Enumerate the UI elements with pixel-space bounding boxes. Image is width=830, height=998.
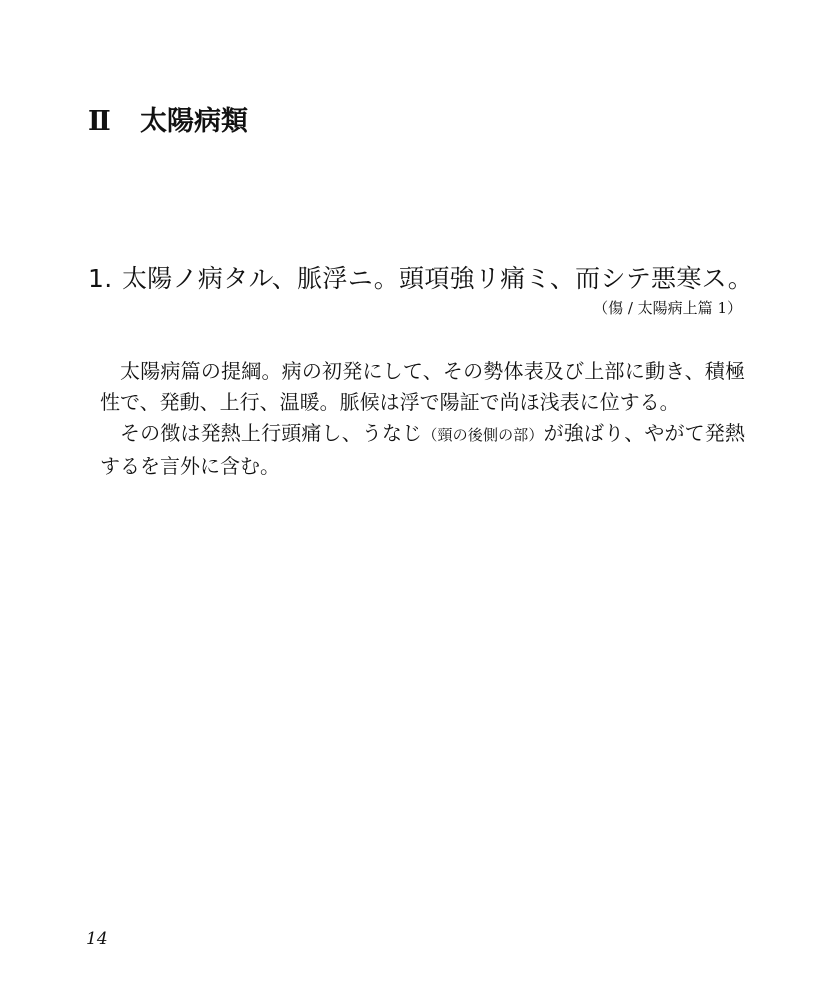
chapter-number: Ⅱ (88, 104, 140, 140)
page-number: 14 (86, 928, 108, 950)
source-reference: （傷 / 太陽病上篇 1） (593, 298, 742, 318)
section-title: 1.太陽ノ病タル、脈浮ニ。頭項強リ痛ミ、而シテ悪寒ス。 (88, 261, 753, 297)
section-title-text: 太陽ノ病タル、脈浮ニ。頭項強リ痛ミ、而シテ悪寒ス。 (122, 264, 753, 293)
chapter-heading: Ⅱ太陽病類 (88, 104, 248, 140)
commentary-body: 太陽病篇の提綱。病の初発にして、その勢体表及び上部に動き、積極性で、発動、上行、… (100, 356, 745, 482)
section-number: 1. (88, 261, 122, 297)
paragraph: その徴は発熱上行頭痛し、うなじ（頸の後側の部）が強ばり、やがて発熱するを言外に含… (100, 418, 745, 482)
inline-note: （頸の後側の部） (422, 426, 543, 444)
paragraph-text: その徴は発熱上行頭痛し、うなじ (120, 421, 422, 445)
paragraph: 太陽病篇の提綱。病の初発にして、その勢体表及び上部に動き、積極性で、発動、上行、… (100, 356, 745, 418)
chapter-title: 太陽病類 (140, 106, 248, 137)
